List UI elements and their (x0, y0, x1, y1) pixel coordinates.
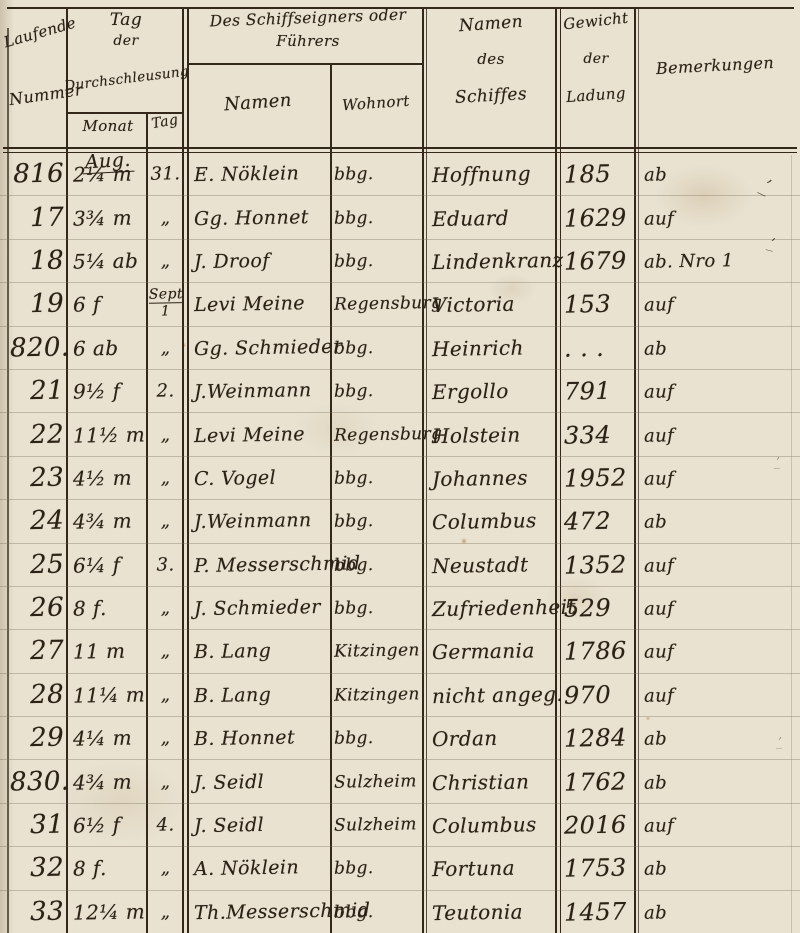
row-owner-name: B. Honnet (194, 726, 328, 750)
row-remark: ab (644, 857, 792, 881)
row-day: 3. (149, 554, 182, 576)
row-ship-name: Ergollo (432, 378, 554, 404)
row-residence: bbg. (334, 337, 420, 358)
row-remark: ab (644, 336, 792, 360)
row-owner-name: J. Seidl (194, 769, 328, 793)
row-day: „ (149, 641, 182, 663)
ledger-page: Laufende Nummer Tag der Durchschleusung … (0, 0, 800, 933)
ink-flourish (776, 455, 780, 469)
ledger-row: 31 6½ f 4. J. Seidl Sulzheim Columbus 20… (0, 804, 800, 847)
ledger-row: 26 8 f. „ J. Schmieder bbg. Zufriedenhei… (0, 587, 800, 630)
ink-flourish (778, 735, 782, 749)
row-number: 25 (10, 549, 65, 580)
row-time: 12¼ m (73, 899, 145, 924)
row-remark: auf (644, 596, 792, 620)
row-time: 6 f (73, 292, 145, 317)
row-remark: auf (644, 640, 792, 664)
row-day: Sept1 (149, 287, 183, 321)
row-day: 4. (149, 814, 182, 836)
row-cargo-weight: . . . (564, 333, 632, 362)
row-time: 8 f. (73, 595, 145, 620)
row-number: 17 (10, 202, 65, 233)
row-cargo-weight: 153 (564, 290, 632, 319)
col-header-durchschleusung: Durchschleusung (64, 64, 189, 93)
row-ship-name: Heinrich (432, 335, 554, 361)
row-residence: bbg. (334, 250, 420, 271)
row-cargo-weight: 472 (564, 507, 632, 536)
row-time: 11½ m (73, 422, 145, 447)
row-ship-name: Eduard (432, 205, 554, 231)
row-day: „ (149, 511, 182, 533)
row-ship-name: Columbus (432, 508, 554, 534)
ledger-row: 28 11¼ m „ B. Lang Kitzingen nicht angeg… (0, 674, 800, 717)
row-remark: auf (644, 466, 792, 490)
row-residence: bbg. (334, 728, 420, 749)
row-remark: ab (644, 770, 792, 794)
row-remark: auf (644, 813, 792, 837)
row-owner-name: J.Weinmann (194, 509, 328, 533)
row-owner-name: E. Nöklein (194, 162, 328, 186)
row-owner-name: A. Nöklein (194, 856, 328, 880)
col-header-gewicht-der: der (558, 52, 634, 67)
row-time: 3¾ m (73, 205, 145, 230)
row-number: 27 (10, 636, 65, 667)
row-number: 29 (10, 723, 65, 754)
ledger-row: 29 4¼ m „ B. Honnet bbg. Ordan 1284 ab (0, 717, 800, 760)
ledger-row: 22 11½ m „ Levi Meine Regensburg Holstei… (0, 413, 800, 456)
row-cargo-weight: 1352 (564, 550, 632, 579)
ledger-row: 820. 6 ab „ Gg. Schmieder bbg. Heinrich … (0, 327, 800, 370)
row-day: „ (149, 858, 182, 880)
row-cargo-weight: 2016 (564, 810, 632, 839)
row-day: „ (149, 250, 182, 272)
row-ship-name: Neustadt (432, 552, 554, 578)
row-cargo-weight: 1457 (564, 897, 632, 926)
row-day: 31. (149, 163, 182, 185)
row-owner-name: P. Messerschmid (194, 553, 328, 577)
col-header-tag-sub: Tag (146, 112, 184, 133)
col-header-nummer: Nummer (8, 84, 70, 109)
row-residence: Kitzingen (334, 684, 420, 705)
row-remark: auf (644, 379, 792, 403)
row-day: „ (149, 727, 182, 749)
row-cargo-weight: 1762 (564, 767, 632, 796)
ledger-row: 32 8 f. „ A. Nöklein bbg. Fortuna 1753 a… (0, 847, 800, 890)
row-owner-name: Levi Meine (194, 422, 328, 446)
row-cargo-weight: 1629 (564, 203, 632, 232)
row-ship-name: Christian (432, 769, 554, 795)
row-day: „ (149, 597, 182, 619)
col-header-tag-der: der (68, 34, 184, 49)
ledger-row: 24 4¾ m „ J.Weinmann bbg. Columbus 472 a… (0, 500, 800, 543)
col-header-fuehrer: Führers (188, 34, 428, 50)
row-remark: auf (644, 553, 792, 577)
row-remark: auf (644, 683, 792, 707)
row-day: „ (149, 467, 182, 489)
row-ship-name: nicht angeg. (432, 682, 554, 708)
row-day: „ (149, 424, 182, 446)
row-residence: bbg. (334, 511, 420, 532)
row-residence: Kitzingen (334, 641, 420, 662)
row-residence: Regensburg (334, 294, 420, 315)
row-ship-name: Columbus (432, 812, 554, 838)
row-remark: auf (644, 206, 792, 230)
ledger-row: 25 6¼ f 3. P. Messerschmid bbg. Neustadt… (0, 544, 800, 587)
row-day: 2. (149, 380, 182, 402)
row-time: 11 m (73, 639, 145, 664)
col-header-ladung: Ladung (558, 85, 635, 106)
row-cargo-weight: 334 (564, 420, 632, 449)
col-header-schiff-des: des (427, 52, 555, 68)
row-residence: bbg. (334, 163, 420, 184)
row-number: 24 (10, 506, 65, 537)
row-cargo-weight: 1679 (564, 246, 632, 275)
row-number: 19 (10, 289, 65, 320)
row-owner-name: Th.Messerschmid (194, 900, 328, 924)
row-owner-name: Gg. Honnet (194, 205, 328, 229)
row-day: „ (149, 207, 182, 229)
row-time: 4¾ m (73, 509, 145, 534)
row-remark: ab. Nro 1 (644, 249, 792, 273)
ledger-row: 21 9½ f 2. J.Weinmann bbg. Ergollo 791 a… (0, 370, 800, 413)
row-owner-name: J.Weinmann (194, 379, 328, 403)
row-remark: ab (644, 726, 792, 750)
row-residence: bbg. (334, 467, 420, 488)
ledger-row: 27 11 m „ B. Lang Kitzingen Germania 178… (0, 630, 800, 673)
row-time: 11¼ m (73, 682, 145, 707)
col-header-schiffseigner: Des Schiffseigners oder (188, 6, 428, 31)
ledger-row: 816 2¼ m 31. E. Nöklein bbg. Hoffnung 18… (0, 153, 800, 196)
row-remark: auf (644, 293, 792, 317)
col-header-tag: Tag (68, 12, 184, 30)
row-cargo-weight: 1284 (564, 724, 632, 753)
col-header-monat: Monat (72, 119, 144, 135)
row-cargo-weight: 185 (564, 160, 632, 189)
row-time: 4½ m (73, 465, 145, 490)
row-cargo-weight: 791 (564, 377, 632, 406)
row-number: 21 (10, 376, 65, 407)
col-header-namen: Namen (188, 89, 329, 118)
row-number: 31 (10, 810, 65, 841)
row-owner-name: J. Schmieder (194, 596, 328, 620)
row-cargo-weight: 1753 (564, 854, 632, 883)
row-number: 32 (10, 853, 65, 884)
row-residence: bbg. (334, 554, 420, 575)
row-number: 28 (10, 679, 65, 710)
row-time: 6½ f (73, 812, 145, 837)
row-day: „ (149, 901, 182, 923)
row-ship-name: Victoria (432, 291, 554, 317)
row-time: 2¼ m (73, 162, 145, 187)
col-header-schiffes: Schiffes (427, 85, 556, 110)
row-owner-name: C. Vogel (194, 466, 328, 490)
row-residence: bbg. (334, 207, 420, 228)
col-header-wohnort: Wohnort (330, 93, 423, 115)
row-number: 816 (10, 159, 65, 190)
row-number: 18 (10, 245, 65, 276)
ledger-row: 19 6 f Sept1 Levi Meine Regensburg Victo… (0, 283, 800, 326)
row-residence: bbg. (334, 380, 420, 401)
row-time: 4¼ m (73, 726, 145, 751)
row-ship-name: Johannes (432, 465, 554, 491)
row-ship-name: Zufriedenheit (432, 595, 554, 621)
row-residence: Sulzheim (334, 814, 420, 835)
row-time: 8 f. (73, 856, 145, 881)
ledger-row: 33 12¼ m „ Th.Messerschmid bbg. Teutonia… (0, 891, 800, 933)
row-number: 830. (10, 766, 65, 797)
row-time: 6 ab (73, 335, 145, 360)
col-header-schiff-namen: Namen (427, 12, 556, 39)
row-number: 26 (10, 593, 65, 624)
col-header-gewicht: Gewicht (557, 10, 634, 34)
row-ship-name: Hoffnung (432, 161, 554, 187)
row-time: 4¾ m (73, 769, 145, 794)
row-residence: bbg. (334, 597, 420, 618)
row-number: 820. (10, 332, 65, 363)
row-cargo-weight: 1786 (564, 637, 632, 666)
row-time: 6¼ f (73, 552, 145, 577)
col-header-bemerkungen: Bemerkungen (640, 54, 791, 79)
row-owner-name: B. Lang (194, 639, 328, 663)
ledger-row: 17 3¾ m „ Gg. Honnet bbg. Eduard 1629 au… (0, 196, 800, 239)
row-residence: Regensburg (334, 424, 420, 445)
ledger-row: 18 5¼ ab „ J. Droof bbg. Lindenkranz 167… (0, 240, 800, 283)
row-residence: Sulzheim (334, 771, 420, 792)
row-time: 9½ f (73, 379, 145, 404)
row-remark: ab (644, 510, 792, 534)
row-ship-name: Germania (432, 638, 554, 664)
row-ship-name: Ordan (432, 725, 554, 751)
row-residence: bbg. (334, 901, 420, 922)
row-owner-name: J. Droof (194, 249, 328, 273)
row-remark: ab (644, 900, 792, 924)
row-owner-name: J. Seidl (194, 813, 328, 837)
row-cargo-weight: 1952 (564, 463, 632, 492)
ledger-rows: 816 2¼ m 31. E. Nöklein bbg. Hoffnung 18… (0, 153, 800, 933)
row-cargo-weight: 529 (564, 594, 632, 623)
row-ship-name: Holstein (432, 421, 554, 447)
row-ship-name: Teutonia (432, 899, 554, 925)
row-day: „ (149, 771, 182, 793)
row-owner-name: Levi Meine (194, 292, 328, 316)
ledger-row: 23 4½ m „ C. Vogel bbg. Johannes 1952 au… (0, 457, 800, 500)
row-number: 23 (10, 462, 65, 493)
row-ship-name: Lindenkranz (432, 248, 554, 274)
row-cargo-weight: 970 (564, 680, 632, 709)
row-residence: bbg. (334, 858, 420, 879)
row-day: „ (149, 684, 182, 706)
row-day: „ (149, 337, 182, 359)
col-header-laufende: Laufende (2, 17, 74, 51)
row-time: 5¼ ab (73, 248, 145, 273)
row-number: 22 (10, 419, 65, 450)
row-remark: auf (644, 423, 792, 447)
row-ship-name: Fortuna (432, 855, 554, 881)
row-owner-name: B. Lang (194, 683, 328, 707)
row-owner-name: Gg. Schmieder (194, 336, 328, 360)
ledger-row: 830. 4¾ m „ J. Seidl Sulzheim Christian … (0, 760, 800, 803)
table-rule-under-schiffer (188, 63, 424, 65)
row-number: 33 (10, 896, 65, 927)
